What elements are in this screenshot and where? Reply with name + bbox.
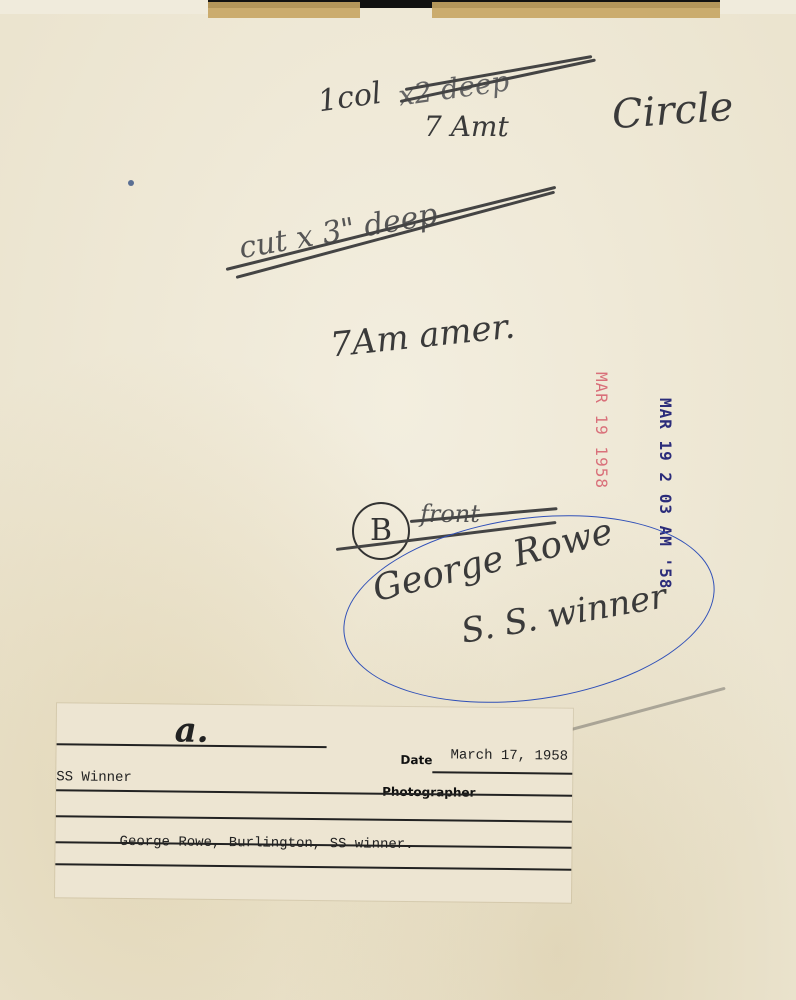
note-7amt: 7 Amt [424, 110, 509, 143]
paper-edge [720, 0, 796, 14]
note-1col: 1col [316, 76, 384, 120]
note-7am-amer: 7Am amer. [328, 306, 516, 365]
label-subject: SS Winner [56, 769, 132, 786]
tape-strip [208, 2, 360, 18]
note-circle: Circle [611, 84, 735, 138]
date-stamp-red: MAR 19 1958 [592, 372, 611, 489]
date-value: March 17, 1958 [450, 747, 568, 764]
paper-edge [0, 0, 208, 14]
label-rule [432, 771, 572, 774]
label-rule [55, 863, 571, 870]
label-rule [56, 815, 572, 822]
date-label: Date [400, 753, 432, 767]
circled-letter: B [352, 502, 410, 560]
ink-dot [128, 180, 134, 186]
label-rule [56, 789, 572, 796]
label-caption: George Rowe, Burlington, SS winner. [119, 834, 413, 853]
photo-back: 1col x2 deep 7 Amt Circle cut x 3" deep … [0, 0, 796, 1000]
tape-strip [432, 2, 720, 18]
caption-label: a. Date March 17, 1958 SS Winner Photogr… [55, 703, 573, 902]
